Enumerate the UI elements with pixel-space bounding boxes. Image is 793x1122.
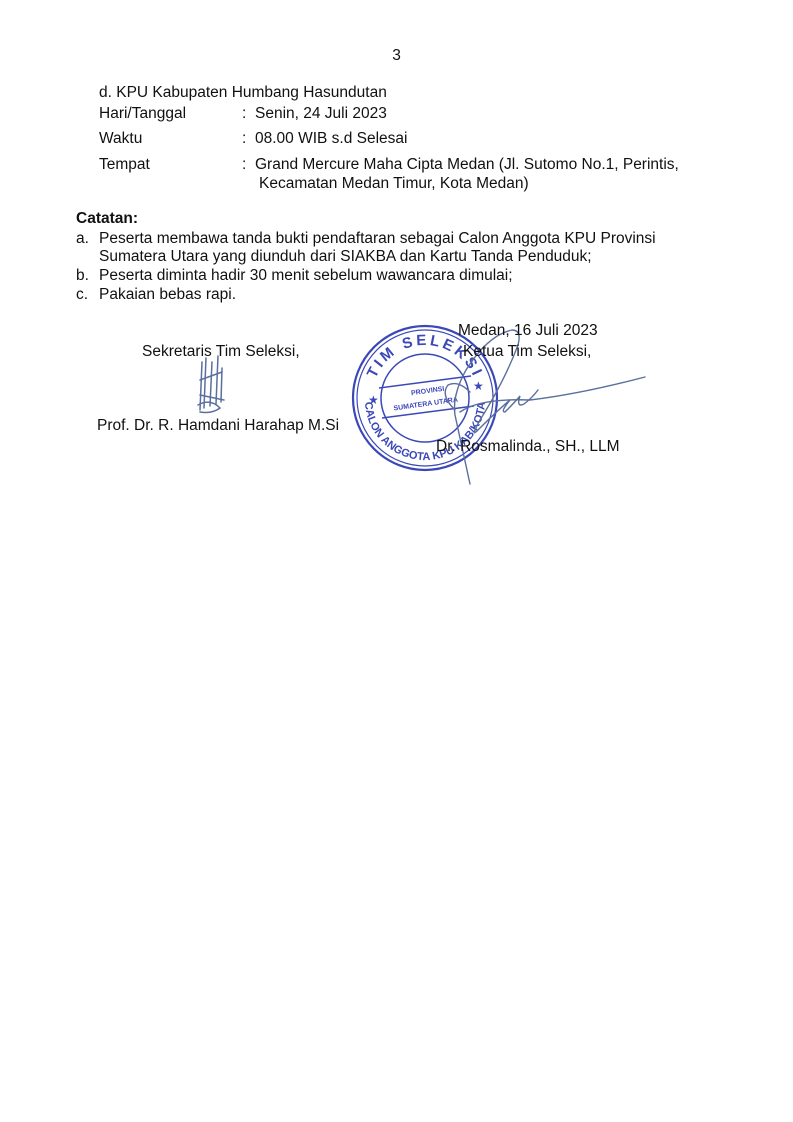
stamp-star-icon: ★: [473, 379, 484, 393]
note-marker: b.: [76, 267, 89, 285]
page-number: 3: [0, 47, 793, 65]
field-value-place: Grand Mercure Maha Cipta Medan (Jl. Suto…: [255, 156, 679, 174]
right-signer-name: Dr. Rosmalinda., SH., LLM: [436, 438, 619, 456]
field-value-place-line2: Kecamatan Medan Timur, Kota Medan): [259, 175, 529, 193]
field-label-time: Waktu: [99, 130, 142, 148]
field-colon: :: [242, 105, 246, 123]
section-heading: d. KPU Kabupaten Humbang Hasundutan: [99, 84, 387, 102]
right-signer-role: Ketua Tim Seleksi,: [463, 343, 591, 361]
left-signature: [198, 356, 224, 413]
field-colon: :: [242, 130, 246, 148]
notes-title: Catatan:: [76, 210, 138, 228]
field-label-date: Hari/Tanggal: [99, 105, 186, 123]
note-text: Sumatera Utara yang diunduh dari SIAKBA …: [99, 248, 592, 266]
stamp-band-line1: PROVINSI: [411, 386, 445, 398]
stamp-band-line2: SUMATERA UTARA: [393, 397, 458, 413]
note-marker: a.: [76, 230, 89, 248]
stamp-star-icon: ★: [368, 393, 379, 407]
left-signer-role: Sekretaris Tim Seleksi,: [142, 343, 300, 361]
note-marker: c.: [76, 286, 88, 304]
left-signer-name: Prof. Dr. R. Hamdani Harahap M.Si: [97, 417, 339, 435]
field-value-time: 08.00 WIB s.d Selesai: [255, 130, 408, 148]
place-date: Medan, 16 Juli 2023: [458, 322, 598, 340]
field-value-date: Senin, 24 Juli 2023: [255, 105, 387, 123]
note-text: Pakaian bebas rapi.: [99, 286, 236, 304]
field-colon: :: [242, 156, 246, 174]
field-label-place: Tempat: [99, 156, 150, 174]
note-text: Peserta membawa tanda bukti pendaftaran …: [99, 230, 656, 248]
note-text: Peserta diminta hadir 30 menit sebelum w…: [99, 267, 513, 285]
